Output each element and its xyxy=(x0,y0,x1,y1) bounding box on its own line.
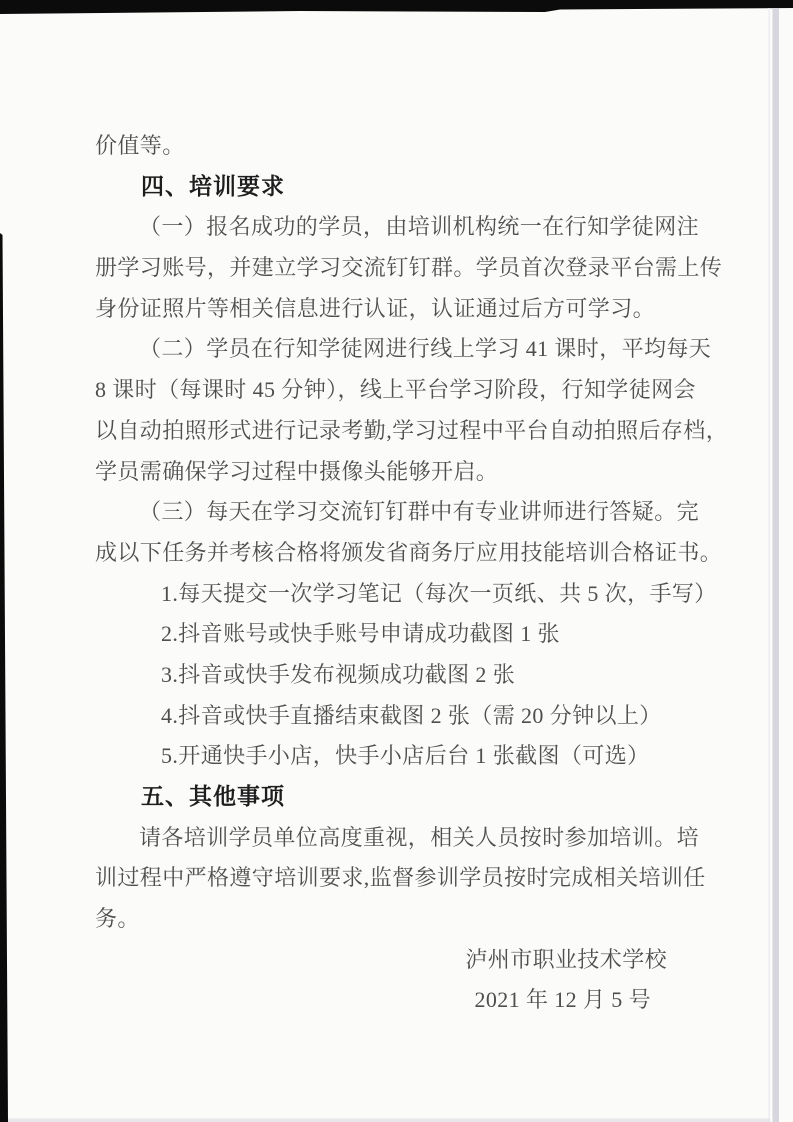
text-block: 3.抖音或快手发布视频成功截图 2 张 xyxy=(95,655,729,696)
text-block: 5.开通快手小店，快手小店后台 1 张截图（可选） xyxy=(95,736,729,777)
scan-edge-bottom-faint xyxy=(8,1119,770,1122)
text-line: 训过程中严格遵守培训要求,监督参训学员按时完成相关培训任 xyxy=(95,858,729,899)
text-line: 成以下任务并考核合格将颁发省商务厅应用技能培训合格证书。 xyxy=(95,533,729,574)
text-block: 请各培训学员单位高度重视，相关人员按时参加培训。培训过程中严格遵守培训要求,监督… xyxy=(95,818,729,940)
text-line: 五、其他事项 xyxy=(95,777,729,818)
text-line: 价值等。 xyxy=(95,126,729,167)
section-heading: 四、培训要求 xyxy=(95,167,729,208)
text-block: （二）学员在行知学徒网进行线上学习 41 课时，平均每天8 课时（每课时 45 … xyxy=(95,329,729,492)
text-line: 务。 xyxy=(95,899,729,940)
text-block: 泸州市职业技术学校 xyxy=(95,940,729,981)
text-block: （三）每天在学习交流钉钉群中有专业讲师进行答疑。完成以下任务并考核合格将颁发省商… xyxy=(95,492,729,573)
scan-strip-right-faint xyxy=(769,8,771,1122)
text-line: 泸州市职业技术学校 xyxy=(95,940,729,981)
text-line: 请各培训学员单位高度重视，相关人员按时参加培训。培 xyxy=(95,818,729,859)
text-block: 价值等。 xyxy=(95,126,729,167)
scanned-document-page: 价值等。四、培训要求（一）报名成功的学员，由培训机构统一在行知学徒网注册学习账号… xyxy=(0,0,793,1122)
section-heading: 五、其他事项 xyxy=(95,777,729,818)
text-line: （二）学员在行知学徒网进行线上学习 41 课时，平均每天 xyxy=(95,329,729,370)
text-block: 1.每天提交一次学习笔记（每次一页纸、共 5 次，手写） xyxy=(95,574,729,615)
text-line: （三）每天在学习交流钉钉群中有专业讲师进行答疑。完 xyxy=(95,492,729,533)
text-line: 4.抖音或快手直播结束截图 2 张（需 20 分钟以上） xyxy=(95,696,729,737)
scan-edge-top xyxy=(0,0,793,14)
text-line: （一）报名成功的学员，由培训机构统一在行知学徒网注 xyxy=(95,207,729,248)
scan-edge-left xyxy=(0,233,8,1122)
text-line: 身份证照片等相关信息进行认证，认证通过后方可学习。 xyxy=(95,289,729,330)
text-line: 四、培训要求 xyxy=(95,167,729,208)
text-line: 5.开通快手小店，快手小店后台 1 张截图（可选） xyxy=(95,736,729,777)
text-block: （一）报名成功的学员，由培训机构统一在行知学徒网注册学习账号，并建立学习交流钉钉… xyxy=(95,207,729,329)
text-line: 册学习账号，并建立学习交流钉钉群。学员首次登录平台需上传 xyxy=(95,248,729,289)
text-line: 2021 年 12 月 5 号 xyxy=(95,980,729,1021)
text-line: 学员需确保学习过程中摄像头能够开启。 xyxy=(95,452,729,493)
text-line: 1.每天提交一次学习笔记（每次一页纸、共 5 次，手写） xyxy=(95,574,729,615)
text-line: 3.抖音或快手发布视频成功截图 2 张 xyxy=(95,655,729,696)
scan-strip-right xyxy=(773,8,780,1122)
text-block: 2.抖音账号或快手账号申请成功截图 1 张 xyxy=(95,614,729,655)
text-line: 2.抖音账号或快手账号申请成功截图 1 张 xyxy=(95,614,729,655)
document-body: 价值等。四、培训要求（一）报名成功的学员，由培训机构统一在行知学徒网注册学习账号… xyxy=(95,126,729,1021)
text-block: 2021 年 12 月 5 号 xyxy=(95,980,729,1021)
text-line: 以自动拍照形式进行记录考勤,学习过程中平台自动拍照后存档， xyxy=(95,411,729,452)
text-block: 4.抖音或快手直播结束截图 2 张（需 20 分钟以上） xyxy=(95,696,729,737)
text-line: 8 课时（每课时 45 分钟），线上平台学习阶段，行知学徒网会 xyxy=(95,370,729,411)
